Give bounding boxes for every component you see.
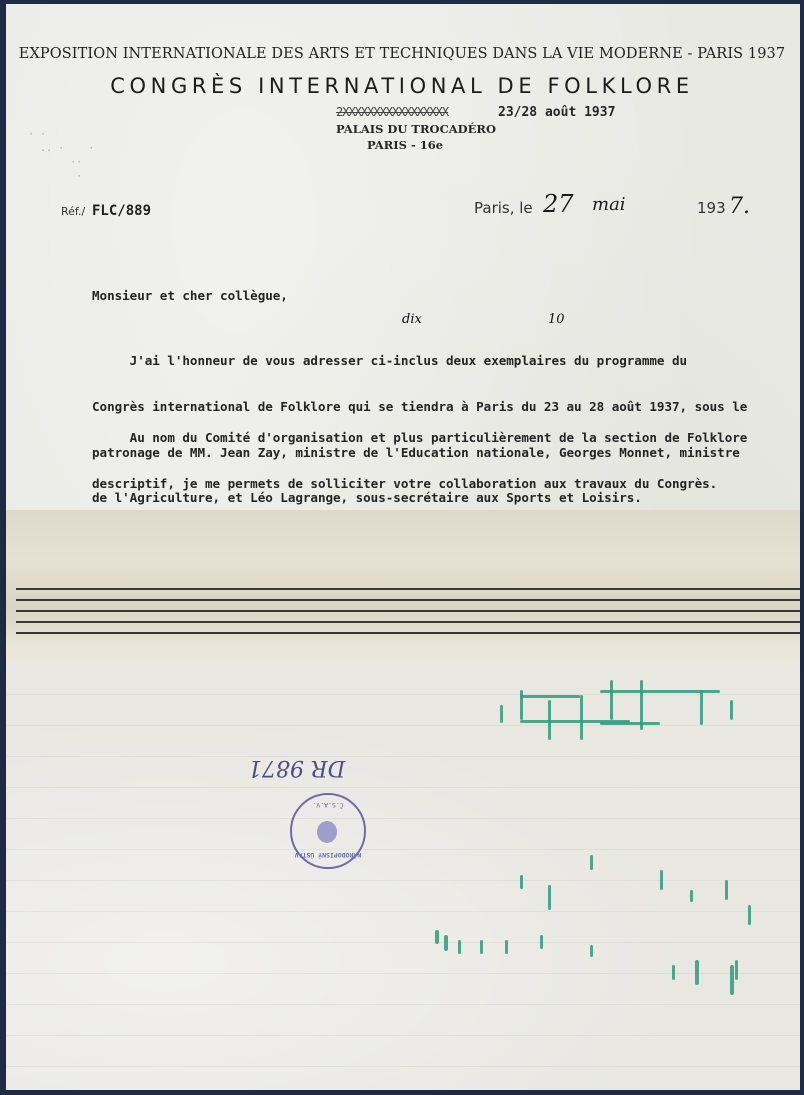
green-ink-mark — [610, 680, 613, 720]
staff-line — [16, 599, 800, 601]
letterhead-exposition: EXPOSITION INTERNATIONALE DES ARTS ET TE… — [0, 46, 804, 62]
salutation: Monsieur et cher collègue, — [92, 288, 288, 303]
handwritten-shelfmark: DR 9871 — [248, 755, 345, 780]
handwritten-correction-number: 10 — [548, 312, 565, 327]
green-ink-mark — [458, 940, 461, 954]
green-ink-mark — [690, 890, 693, 902]
music-sheet-reverse — [6, 664, 800, 1090]
paragraph-line: J'ai l'honneur de vous adresser ci-inclu… — [92, 353, 747, 368]
institution-stamp: NÁRODOPISNÝ ÚSTAV Č.S.A.V. — [290, 793, 366, 869]
green-ink-mark — [444, 935, 448, 951]
green-ink-mark — [520, 875, 523, 889]
green-ink-mark — [540, 935, 543, 949]
green-ink-mark — [590, 855, 593, 870]
green-ink-mark — [600, 722, 660, 725]
folded-music-paper-overlay — [6, 510, 800, 670]
green-ink-mark — [672, 965, 675, 980]
green-ink-mark — [748, 905, 751, 925]
green-ink-mark — [735, 960, 738, 980]
city: PARIS - 16e — [367, 138, 443, 152]
faint-pencil-marks: · · .. · · ·· · — [22, 128, 94, 184]
paragraph-line: descriptif, je me permets de solliciter … — [92, 476, 747, 491]
staff-line — [16, 588, 800, 590]
venue: PALAIS DU TROCADÉRO — [336, 122, 496, 136]
green-ink-mark — [695, 960, 699, 985]
green-ink-mark — [600, 690, 720, 693]
reference-label: Réf./ — [61, 205, 85, 218]
handwritten-year: 7. — [729, 194, 750, 219]
green-ink-mark — [480, 940, 483, 954]
paragraph-line: Au nom du Comité d'organisation et plus … — [92, 430, 747, 445]
letterhead-title: CONGRÈS INTERNATIONAL DE FOLKLORE — [0, 74, 804, 98]
dateline-year-printed: 193 — [697, 199, 726, 217]
green-ink-mark — [500, 705, 503, 723]
handwritten-month: mai — [592, 194, 626, 215]
green-ink-mark — [505, 940, 508, 954]
green-ink-mark — [520, 695, 580, 698]
stamp-bottom-text: Č.S.A.V. — [292, 801, 364, 809]
handwritten-correction-quantity: dix — [402, 312, 422, 327]
green-ink-mark — [590, 945, 593, 957]
handwritten-day: 27 — [543, 190, 574, 218]
green-ink-mark — [730, 965, 734, 995]
staff-line — [16, 632, 800, 634]
green-ink-mark — [435, 930, 439, 944]
green-ink-mark — [700, 690, 703, 725]
reference-number: FLC/889 — [92, 203, 151, 219]
staff-line — [16, 610, 800, 612]
stamp-emblem-icon — [317, 821, 337, 843]
green-ink-mark — [520, 690, 523, 720]
green-ink-mark — [548, 885, 551, 910]
struck-address: 2XXXXXXXXXXXXXXXXX — [336, 105, 448, 119]
green-ink-mark — [725, 880, 728, 900]
congress-dates: 23/28 août 1937 — [498, 105, 615, 120]
green-ink-mark — [730, 700, 733, 720]
dateline-place: Paris, le — [474, 199, 533, 217]
green-ink-mark — [660, 870, 663, 890]
staff-line — [16, 621, 800, 623]
green-ink-mark — [580, 695, 583, 740]
stamp-text: NÁRODOPISNÝ ÚSTAV — [292, 851, 364, 859]
